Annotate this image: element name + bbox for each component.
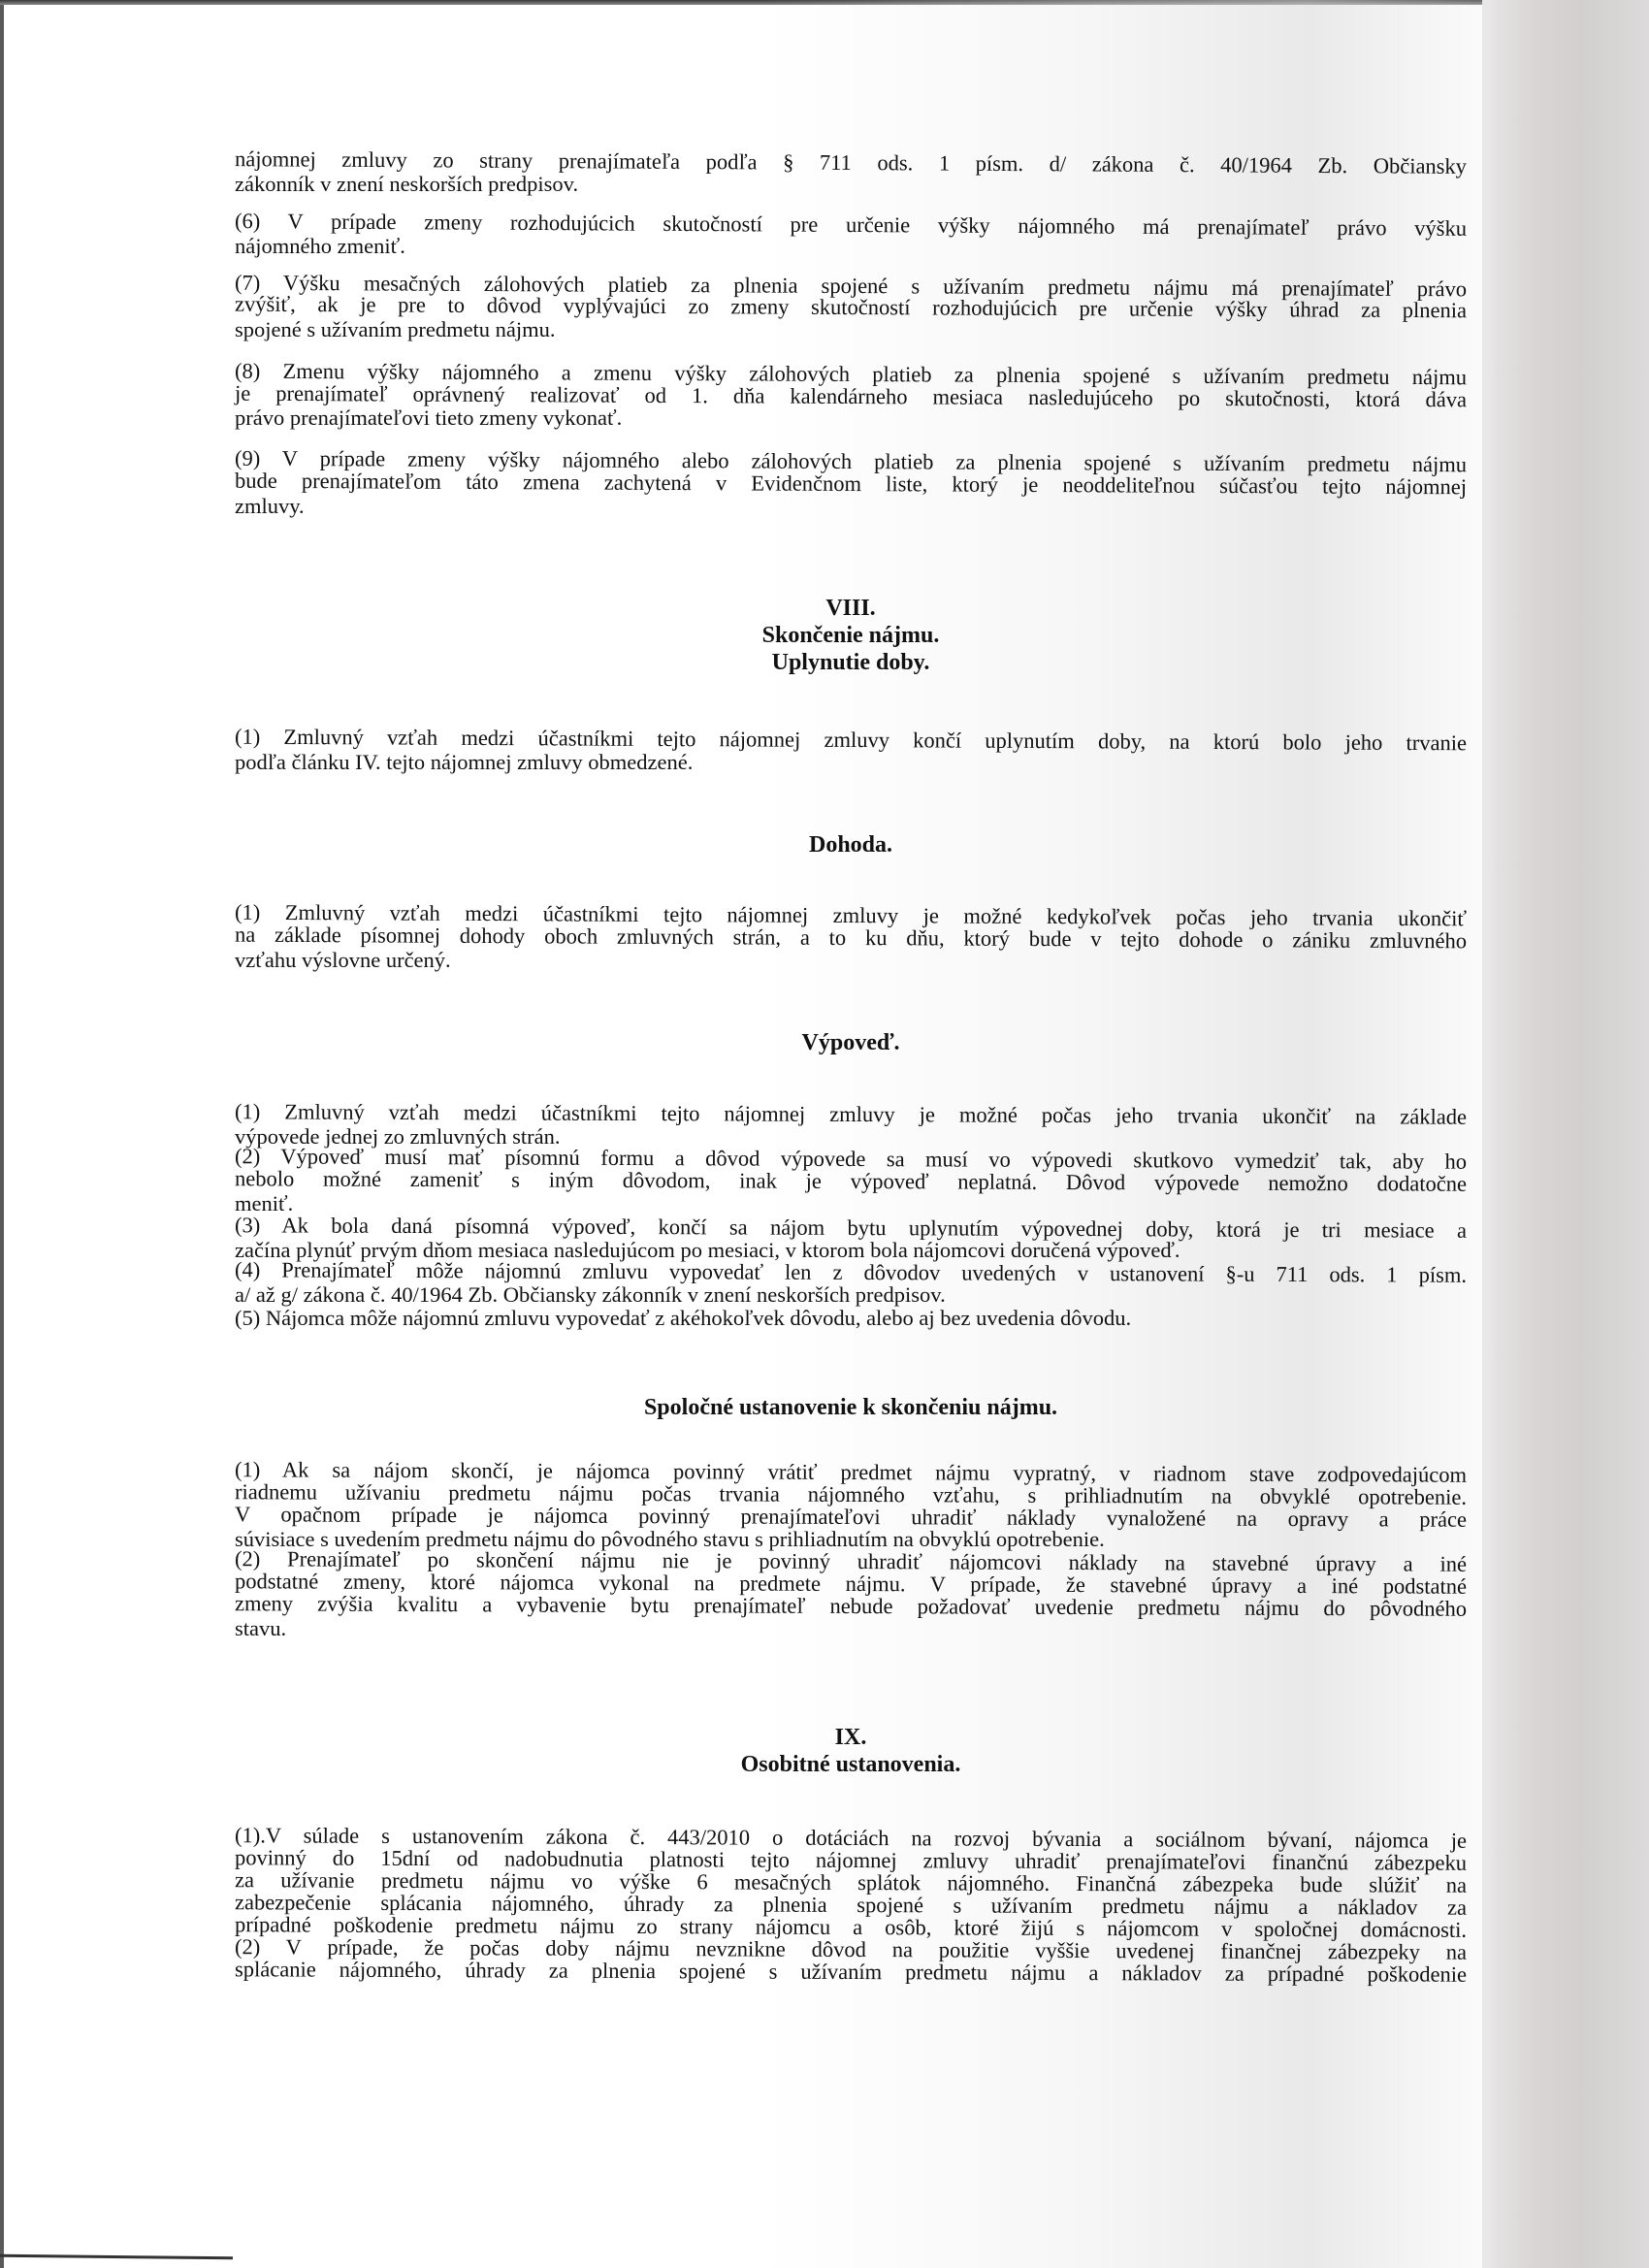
article-title-osobitne-ustanovenia: Osobitné ustanovenia. — [235, 1751, 1467, 1778]
scan-left-edge — [0, 0, 4, 2268]
subheading-dohoda: Dohoda. — [235, 831, 1467, 859]
scanner-background-band — [1482, 0, 1649, 2268]
article-number-viii: VIII. — [235, 595, 1467, 622]
text-line: spojené s užívaním predmetu nájmu. — [235, 318, 1467, 341]
text-line: právo prenajímateľovi tieto zmeny vykona… — [235, 406, 1467, 430]
scan-top-edge — [0, 0, 1484, 5]
text-line: meniť. — [235, 1192, 1467, 1215]
text-line: nájomného zmeniť. — [235, 235, 1467, 258]
text-line: podľa článku IV. tejto nájomnej zmluvy o… — [235, 751, 1467, 774]
text-line: stavu. — [235, 1617, 1467, 1640]
text-line: splácanie nájomného, úhrady za plnenia s… — [235, 1958, 1467, 1987]
text-line: zmluvy. — [235, 495, 1467, 518]
article-number-ix: IX. — [235, 1724, 1467, 1751]
text-line: (5) Nájomca môže nájomnú zmluvu vypoveda… — [235, 1307, 1467, 1330]
article-title-skoncenie-najmu: Skončenie nájmu. — [235, 622, 1467, 649]
text-line: zákonník v znení neskorších predpisov. — [235, 173, 1467, 196]
subheading-vypoved: Výpoveď. — [235, 1029, 1467, 1056]
scan-bottom-edge — [0, 2254, 233, 2260]
text-line: a/ až g/ zákona č. 40/1964 Zb. Občiansky… — [235, 1283, 1467, 1307]
text-line: vzťahu výslovne určený. — [235, 949, 1467, 972]
subheading-spolocne-ustanovenie: Spoločné ustanovenie k skončeniu nájmu. — [235, 1394, 1467, 1421]
subheading-uplynutie-doby: Uplynutie doby. — [235, 649, 1467, 676]
